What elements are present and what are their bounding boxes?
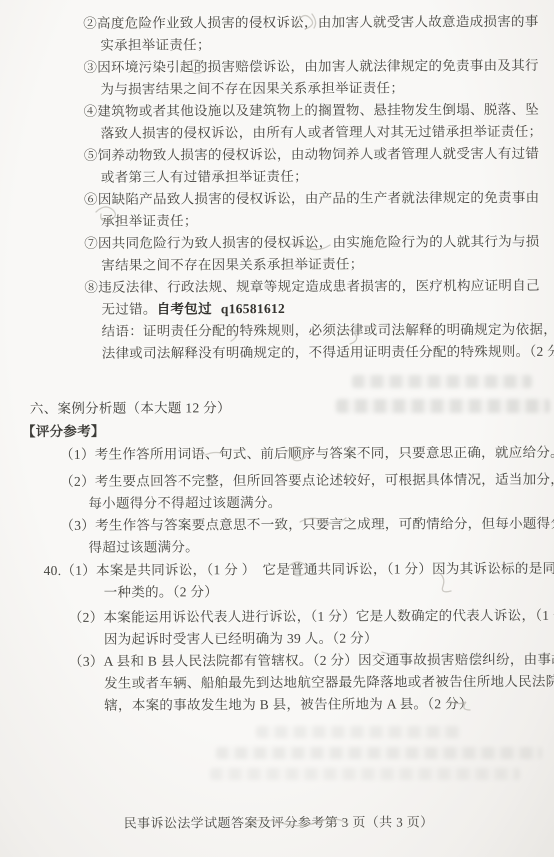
conclusion-line: 结语：证明责任分配的特殊规则，必须法律或司法解释的明确规定为依据，即: [102, 319, 535, 343]
answer-line: 实承担举证责任；: [100, 33, 533, 57]
scoring-note-line: 得超过该题满分。: [88, 535, 538, 559]
scoring-reference-label: 【评分参考】: [22, 422, 105, 442]
answer-line: 为与损害结果之间不存在因果关系承担举证责任；: [100, 77, 533, 101]
scoring-notes: （1）考生作答所用词语、句式、前后顺序与答案不同，只要意思正确，就应给分。 （2…: [60, 442, 538, 559]
promo-text: 自考包过: [157, 301, 212, 316]
section-six-heading: 六、案例分析题（本大题 12 分）: [30, 398, 231, 419]
answer-line: 落致人损害的侵权诉讼，由所有人或者管理人对其无过错承担举证责任；: [101, 121, 534, 145]
answer-line: 因为起诉时受害人已经明确为 39 人。（2 分）: [104, 627, 539, 651]
answer-40-3: （3）A 县和 B 县人民法院都有管辖权。（2 分）因交通事故损害赔偿纠纷，由事…: [44, 649, 539, 717]
answer-40-2: （2）本案能运用诉讼代表人进行诉讼，（1 分）它是人数确定的代表人诉讼，（1 分…: [44, 605, 539, 651]
answer-line: 发生或者车辆、船舶最先到达地航空器最先降落地或者被告住所地人民法院管: [104, 671, 539, 695]
answer-text: 无过错。: [101, 302, 156, 317]
conclusion-line: 法律或司法解释没有明确规定的，不得适用证明责任分配的特殊规则。（2 分）: [102, 341, 535, 365]
scanned-exam-answer-page: ②高度危险作业致人损害的侵权诉讼，由加害人就受害人故意造成损害的事 实承担举证责…: [0, 0, 554, 857]
answer-line: ⑤饲养动物致人损害的侵权诉讼，由动物饲养人或者管理人就受害人有过错: [84, 143, 534, 167]
scoring-note-line: （1）考生作答所用词语、句式、前后顺序与答案不同，只要意思正确，就应给分。: [60, 442, 538, 466]
answer-line: 承担举证责任；: [101, 209, 534, 233]
answer-line: 害结果之间不存在因果关系承担举证责任；: [101, 253, 534, 277]
scoring-note-line: （2）考生要点回答不完整，但所回答要点论述较好，可根据具体情况，适当加分，但: [60, 469, 538, 493]
question-40-answers: 40.（1）本案是共同诉讼，（1 分 ） 它是普通共同诉讼，（1 分）因为其诉讼…: [44, 558, 540, 717]
burden-of-proof-rules-list: ②高度危险作业致人损害的侵权诉讼，由加害人就受害人故意造成损害的事 实承担举证责…: [83, 11, 535, 365]
page-content: ②高度危险作业致人损害的侵权诉讼，由加害人就受害人故意造成损害的事 实承担举证责…: [0, 0, 554, 857]
scoring-note: （3）考生作答与答案要点意思不一致，只要言之成理，可酌情给分，但每小题得分不 得…: [60, 513, 538, 559]
page-footer: 民事诉讼法学试题答案及评分参考第 3 页（共 3 页）: [124, 811, 434, 831]
answer-line: ⑥因缺陷产品致人损害的侵权诉讼，由产品的生产者就法律规定的免责事由: [84, 187, 534, 211]
answer-line: 辖，本案的事故发生地为 B 县，被告住所地为 A 县。（2 分）: [104, 693, 539, 717]
answer-line: ②高度危险作业致人损害的侵权诉讼，由加害人就受害人故意造成损害的事: [83, 11, 533, 35]
answer-line: ④建筑物或者其他设施以及建筑物上的搁置物、悬挂物发生倒塌、脱落、坠: [84, 99, 534, 123]
scoring-note-line: （3）考生作答与答案要点意思不一致，只要言之成理，可酌情给分，但每小题得分不: [60, 513, 538, 537]
scoring-note-line: 每小题得分不得超过该题满分。: [88, 491, 538, 515]
answer-line: 40.（1）本案是共同诉讼，（1 分 ） 它是普通共同诉讼，（1 分）因为其诉讼…: [44, 558, 539, 582]
answer-line: ⑦因共同危险行为致人损害的侵权诉讼，由实施危险行为的人就其行为与损: [84, 231, 534, 255]
answer-line: （2）本案能运用诉讼代表人进行诉讼，（1 分）它是人数确定的代表人诉讼，（1 分…: [69, 605, 539, 629]
answer-40-1: 40.（1）本案是共同诉讼，（1 分 ） 它是普通共同诉讼，（1 分）因为其诉讼…: [44, 558, 539, 604]
answer-line: 或者第三人有过错承担举证责任；: [101, 165, 534, 189]
answer-line-with-promo: 无过错。自考包过q16581612: [101, 297, 534, 321]
answer-line: （3）A 县和 B 县人民法院都有管辖权。（2 分）因交通事故损害赔偿纠纷，由事…: [69, 649, 539, 673]
scoring-note: （2）考生要点回答不完整，但所回答要点论述较好，可根据具体情况，适当加分，但 每…: [60, 469, 538, 515]
answer-line: 一种类的。（2 分）: [104, 580, 539, 604]
promo-qq-code: q16581612: [221, 301, 285, 316]
scoring-note: （1）考生作答所用词语、句式、前后顺序与答案不同，只要意思正确，就应给分。: [60, 442, 538, 466]
answer-line: ⑧违反法律、行政法规、规章等规定造成患者损害的，医疗机构应证明自己: [84, 275, 534, 299]
answer-line: ③因环境污染引起的损害赔偿诉讼，由加害人就法律规定的免责事由及其行: [83, 55, 533, 79]
